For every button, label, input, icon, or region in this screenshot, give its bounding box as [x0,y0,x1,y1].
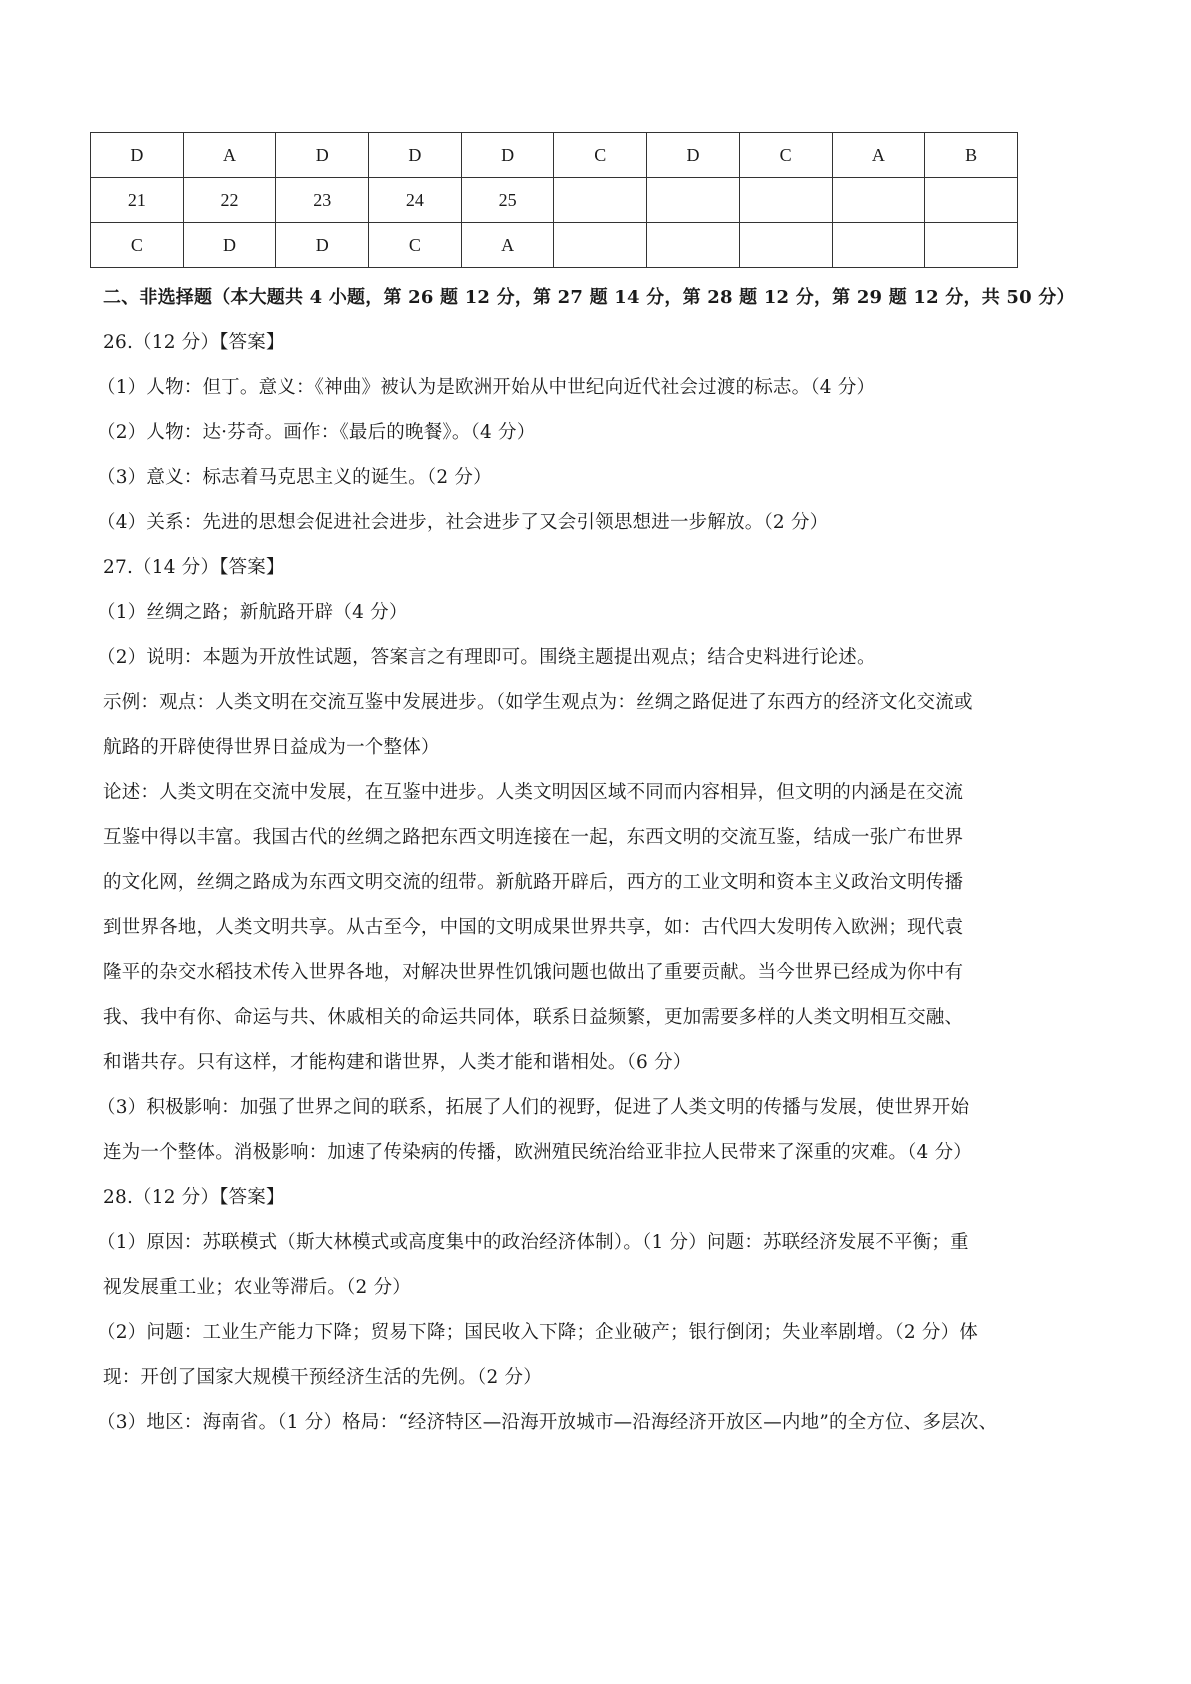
table-cell: D [647,133,740,178]
answer-line: 和谐共存。只有这样，才能构建和谐世界，人类才能和谐相处。（6 分） [103,1040,1015,1085]
table-cell: D [461,133,554,178]
answer-line: 航路的开辟使得世界日益成为一个整体） [103,725,1015,770]
answer-line: （2）说明：本题为开放性试题，答案言之有理即可。围绕主题提出观点；结合史料进行论… [97,635,1015,680]
answer-line: 论述：人类文明在交流中发展，在互鉴中进步。人类文明因区域不同而内容相异，但文明的… [103,770,1015,815]
table-cell: D [369,133,462,178]
answer-line: 我、我中有你、命运与共、休戚相关的命运共同体，联系日益频繁，更加需要多样的人类文… [103,995,1015,1040]
answer-line: （3）意义：标志着马克思主义的诞生。（2 分） [97,455,1015,500]
table-cell: C [554,133,647,178]
table-cell [925,178,1018,223]
answer-line: （4）关系：先进的思想会促进社会进步，社会进步了又会引领思想进一步解放。（2 分… [97,500,1015,545]
table-cell [832,223,925,268]
answer-line: 连为一个整体。消极影响：加速了传染病的传播，欧洲殖民统治给亚非拉人民带来了深重的… [103,1130,1015,1175]
table-cell: C [91,223,184,268]
answer-line: （3）积极影响：加强了世界之间的联系，拓展了人们的视野，促进了人类文明的传播与发… [97,1085,1015,1130]
answer-line: （3）地区：海南省。（1 分）格局：“经济特区—沿海开放城市—沿海经济开放区—内… [97,1400,1015,1445]
answer-line: 视发展重工业；农业等滞后。（2 分） [103,1265,1015,1310]
question-28-title: 28.（12 分）【答案】 [103,1175,1015,1220]
table-cell [739,178,832,223]
table-cell: D [91,133,184,178]
answer-line: （2）问题：工业生产能力下降；贸易下降；国民收入下降；企业破产；银行倒闭；失业率… [97,1310,1015,1355]
answer-line: （1）原因：苏联模式（斯大林模式或高度集中的政治经济体制）。（1 分）问题：苏联… [97,1220,1015,1265]
table-cell: 21 [91,178,184,223]
table-cell: 23 [276,178,369,223]
answer-line: （2）人物：达·芬奇。画作：《最后的晚餐》。（4 分） [97,410,1015,455]
table-cell: B [925,133,1018,178]
table-cell [832,178,925,223]
table-cell: D [276,133,369,178]
table-cell: A [832,133,925,178]
answer-line: 的文化网，丝绸之路成为东西文明交流的纽带。新航路开辟后，西方的工业文明和资本主义… [103,860,1015,905]
table-row-answers-11-20: D A D D D C D C A B [91,133,1018,178]
question-27-title: 27.（14 分）【答案】 [103,545,1015,590]
table-cell: 24 [369,178,462,223]
table-cell [554,178,647,223]
answer-line: 互鉴中得以丰富。我国古代的丝绸之路把东西文明连接在一起，东西文明的交流互鉴，结成… [103,815,1015,860]
table-cell: D [183,223,276,268]
answer-line: （1）丝绸之路；新航路开辟（4 分） [97,590,1015,635]
table-cell: A [461,223,554,268]
table-cell: D [276,223,369,268]
table-cell [647,223,740,268]
answer-line: 隆平的杂交水稻技术传入世界各地，对解决世界性饥饿问题也做出了重要贡献。当今世界已… [103,950,1015,995]
table-row-answers-21-25: C D D C A [91,223,1018,268]
answer-key-table: D A D D D C D C A B 21 22 23 24 25 C D D [90,132,1018,268]
table-cell: C [369,223,462,268]
table-cell [647,178,740,223]
answer-line: （1）人物：但丁。意义：《神曲》被认为是欧洲开始从中世纪向近代社会过渡的标志。（… [97,365,1015,410]
table-cell [925,223,1018,268]
answer-line: 现：开创了国家大规模干预经济生活的先例。（2 分） [103,1355,1015,1400]
table-cell: 25 [461,178,554,223]
table-cell: C [739,133,832,178]
question-26-title: 26.（12 分）【答案】 [103,320,1015,365]
table-cell: A [183,133,276,178]
table-cell [739,223,832,268]
answer-line: 到世界各地，人类文明共享。从古至今，中国的文明成果世界共享，如：古代四大发明传入… [103,905,1015,950]
table-cell [554,223,647,268]
section-heading: 二、非选择题（本大题共 4 小题，第 26 题 12 分，第 27 题 14 分… [103,275,1015,320]
answer-content: 二、非选择题（本大题共 4 小题，第 26 题 12 分，第 27 题 14 分… [103,275,1015,1445]
table-cell: 22 [183,178,276,223]
answer-line: 示例：观点：人类文明在交流互鉴中发展进步。（如学生观点为：丝绸之路促进了东西方的… [103,680,1015,725]
table-row-question-numbers: 21 22 23 24 25 [91,178,1018,223]
